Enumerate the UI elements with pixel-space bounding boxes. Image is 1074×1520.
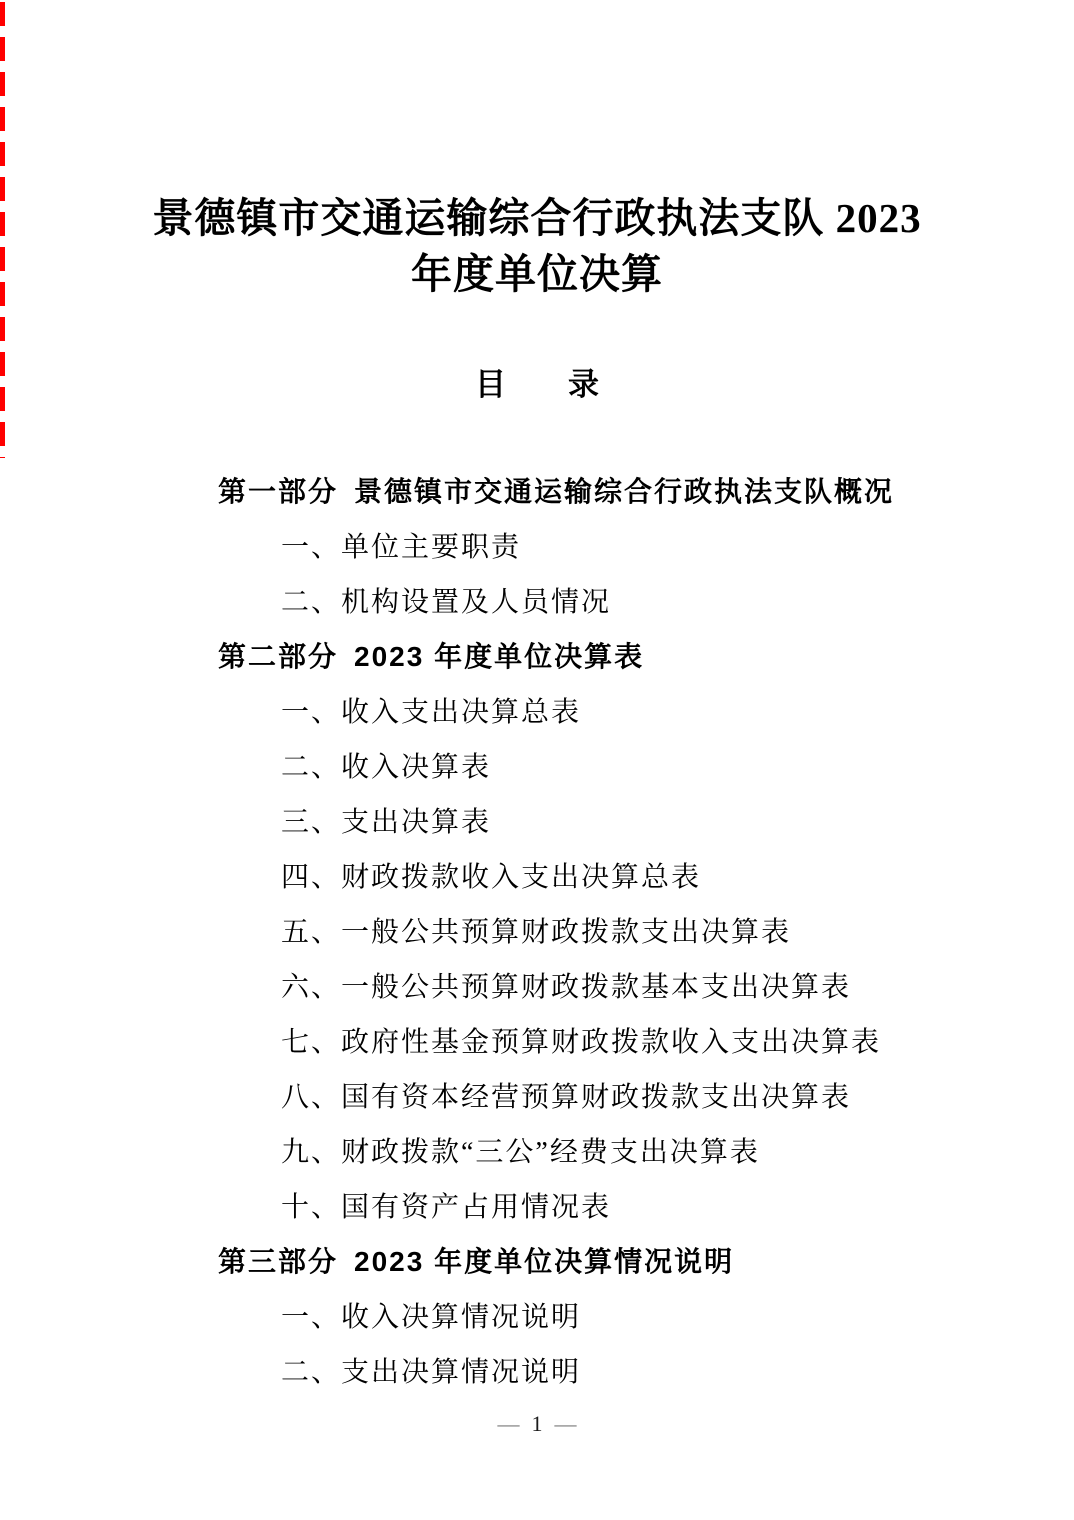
toc-item: 十、国有资产占用情况表 bbox=[0, 1177, 1074, 1232]
toc-section-label: 第三部分 bbox=[218, 1240, 338, 1280]
toc-item: 二、机构设置及人员情况 bbox=[0, 572, 1074, 627]
toc-section-label: 第二部分 bbox=[218, 635, 338, 675]
table-of-contents: 第一部分景德镇市交通运输综合行政执法支队概况一、单位主要职责二、机构设置及人员情… bbox=[0, 462, 1074, 1397]
toc-item: 二、收入决算表 bbox=[0, 737, 1074, 792]
toc-section-heading: 第一部分景德镇市交通运输综合行政执法支队概况 bbox=[0, 462, 1074, 517]
toc-item: 一、单位主要职责 bbox=[0, 517, 1074, 572]
page-number: 1 bbox=[532, 1411, 543, 1437]
toc-item: 五、一般公共预算财政拨款支出决算表 bbox=[0, 902, 1074, 957]
toc-section-heading: 第二部分2023 年度单位决算表 bbox=[0, 627, 1074, 682]
toc-item: 九、财政拨款“三公”经费支出决算表 bbox=[0, 1122, 1074, 1177]
toc-section-title: 2023 年度单位决算表 bbox=[354, 635, 644, 675]
footer-dash-right: — bbox=[555, 1411, 577, 1437]
toc-item: 八、国有资本经营预算财政拨款支出决算表 bbox=[0, 1067, 1074, 1122]
toc-item: 二、支出决算情况说明 bbox=[0, 1342, 1074, 1397]
toc-item: 三、支出决算表 bbox=[0, 792, 1074, 847]
footer-dash-left: — bbox=[498, 1411, 520, 1437]
toc-section-heading: 第三部分2023 年度单位决算情况说明 bbox=[0, 1232, 1074, 1287]
page-footer: — 1 — bbox=[0, 1407, 1074, 1441]
toc-section-title: 景德镇市交通运输综合行政执法支队概况 bbox=[354, 470, 894, 510]
document-title: 景德镇市交通运输综合行政执法支队 2023 年度单位决算 bbox=[0, 190, 1074, 302]
toc-item: 六、一般公共预算财政拨款基本支出决算表 bbox=[0, 957, 1074, 1012]
document-title-line2: 年度单位决算 bbox=[0, 246, 1074, 302]
toc-heading: 目 录 bbox=[0, 363, 1074, 407]
toc-section-title: 2023 年度单位决算情况说明 bbox=[354, 1240, 734, 1280]
document-page: 景德镇市交通运输综合行政执法支队 2023 年度单位决算 目 录 第一部分景德镇… bbox=[0, 0, 1074, 1520]
toc-section-label: 第一部分 bbox=[218, 470, 338, 510]
document-title-line1: 景德镇市交通运输综合行政执法支队 2023 bbox=[0, 190, 1074, 246]
toc-item: 七、政府性基金预算财政拨款收入支出决算表 bbox=[0, 1012, 1074, 1067]
toc-item: 四、财政拨款收入支出决算总表 bbox=[0, 847, 1074, 902]
toc-item: 一、收入决算情况说明 bbox=[0, 1287, 1074, 1342]
toc-item: 一、收入支出决算总表 bbox=[0, 682, 1074, 737]
